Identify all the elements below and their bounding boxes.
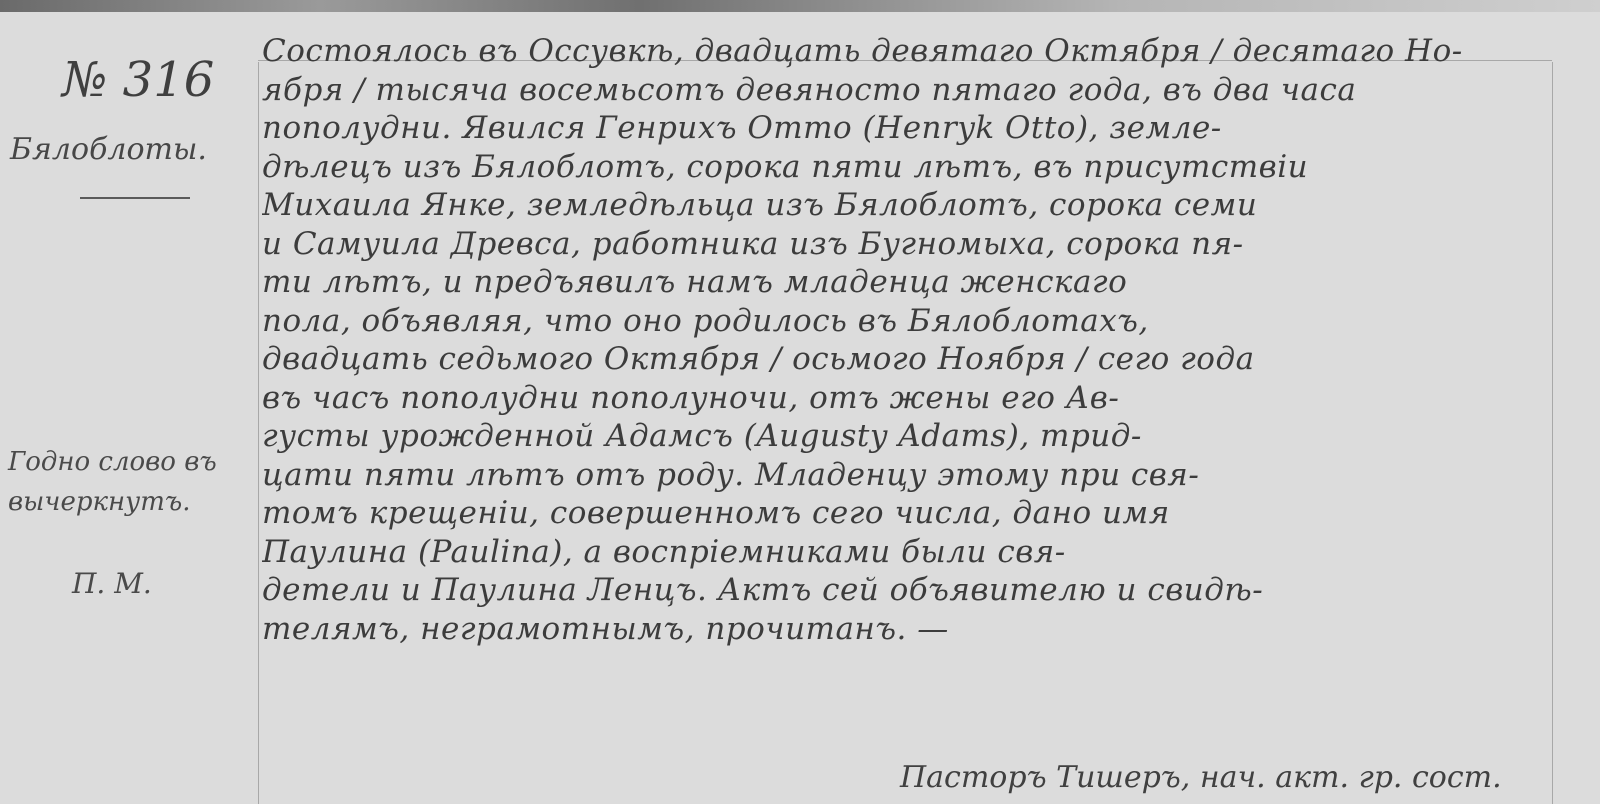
body-line: и Самуила Древса, работника изъ Бугномых… bbox=[262, 225, 1552, 264]
body-line: густы урожденной Адамсъ (Augusty Adams),… bbox=[262, 417, 1552, 456]
body-line: телямъ, неграмотнымъ, прочитанъ. — bbox=[262, 610, 1552, 649]
body-line: двадцать седьмого Октября / осьмого Нояб… bbox=[262, 340, 1552, 379]
body-line: Михаила Янке, земледѣльца изъ Бялоблотъ,… bbox=[262, 186, 1552, 225]
pastor-signature: Пасторъ Тишеръ, нач. акт. гр. сост. bbox=[900, 760, 1502, 795]
margin-rule bbox=[258, 62, 259, 804]
marginal-correction-note: Годно слово въ вычеркнутъ. bbox=[8, 442, 217, 522]
body-line: пола, объявляя, что оно родилось въ Бяло… bbox=[262, 302, 1552, 341]
body-line: дѣлецъ изъ Бялоблотъ, сорока пяти лѣтъ, … bbox=[262, 148, 1552, 187]
margin-initials: П. М. bbox=[72, 567, 152, 600]
body-line: Состоялось въ Оссувкѣ, двадцать девятаго… bbox=[262, 32, 1552, 71]
register-page: № 316 Бялоблоты. Годно слово въ вычеркну… bbox=[0, 12, 1600, 804]
body-line: цати пяти лѣтъ отъ роду. Младенцу этому … bbox=[262, 456, 1552, 495]
right-rule bbox=[1552, 62, 1553, 804]
margin-note-line: вычеркнутъ. bbox=[8, 482, 217, 522]
entry-number: № 316 bbox=[62, 52, 214, 108]
margin-column: № 316 Бялоблоты. Годно слово въ вычеркну… bbox=[0, 12, 255, 804]
body-line: пополудни. Явился Генрихъ Отто (Henryk O… bbox=[262, 109, 1552, 148]
body-line: въ часъ пополудни пополуночи, отъ жены е… bbox=[262, 379, 1552, 418]
body-line: ября / тысяча восемьсотъ девяносто пятаг… bbox=[262, 71, 1552, 110]
record-body: Состоялось въ Оссувкѣ, двадцать девятаго… bbox=[262, 32, 1552, 648]
body-line: томъ крещеніи, совершенномъ сего числа, … bbox=[262, 494, 1552, 533]
body-line: Паулина (Paulina), а воспріемниками были… bbox=[262, 533, 1552, 572]
body-line: ти лѣтъ, и предъявилъ намъ младенца женс… bbox=[262, 263, 1552, 302]
village-name: Бялоблоты. bbox=[10, 132, 207, 167]
village-underline bbox=[80, 197, 190, 199]
body-line: детели и Паулина Ленцъ. Актъ сей объявит… bbox=[262, 571, 1552, 610]
margin-note-line: Годно слово въ bbox=[8, 442, 217, 482]
